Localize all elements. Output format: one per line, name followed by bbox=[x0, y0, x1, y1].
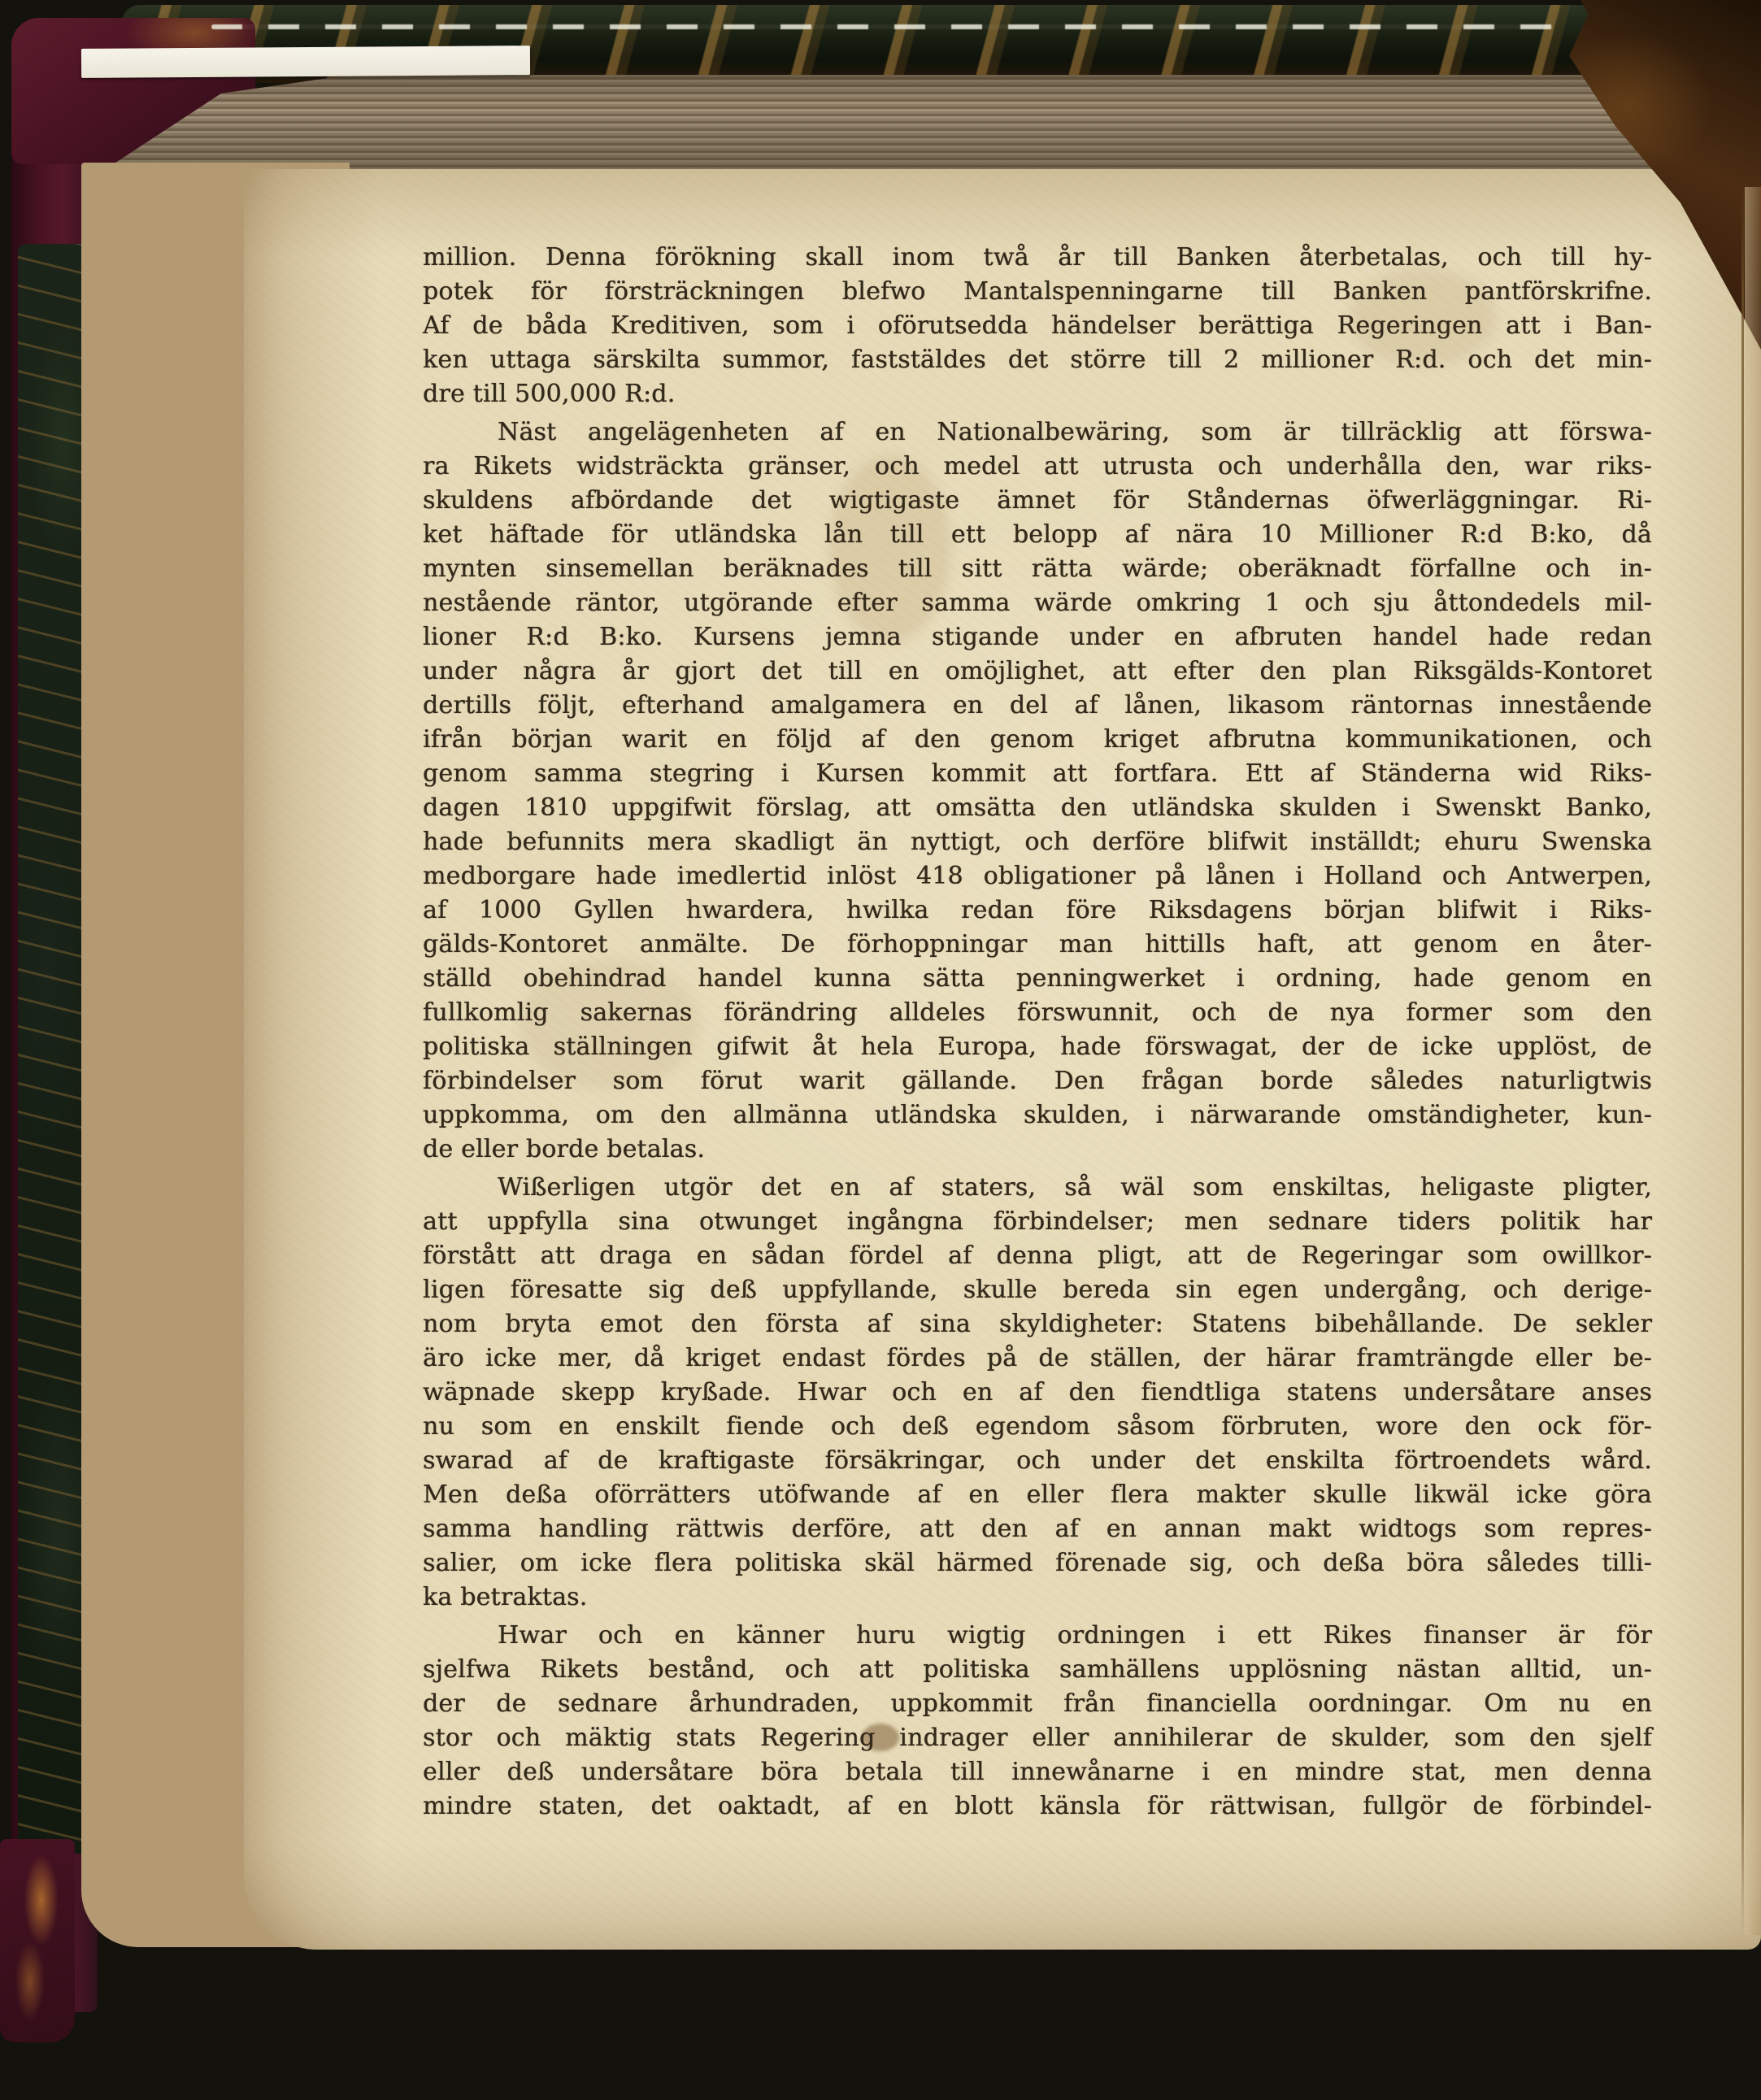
text-line: skuldens afbördande det wigtigaste ämnet… bbox=[423, 484, 1652, 518]
text-line: ken uttaga särskilta summor, faststäldes… bbox=[423, 343, 1652, 377]
text-line: förstått att draga en sådan fördel af de… bbox=[423, 1239, 1652, 1273]
text-line: Af de båda Kreditiven, som i oförutsedda… bbox=[423, 309, 1652, 343]
text-line: medborgare hade imedlertid inlöst 418 ob… bbox=[423, 859, 1652, 893]
text-line: salier, om icke flera politiska skäl här… bbox=[423, 1546, 1652, 1580]
text-line: stor och mäktig stats Regering indrager … bbox=[423, 1721, 1652, 1755]
text-line: dagen 1810 uppgifwit förslag, att omsätt… bbox=[423, 791, 1652, 825]
text-line: ställd obehindrad handel kunna sätta pen… bbox=[423, 962, 1652, 996]
gutter-edge-line bbox=[1741, 187, 1744, 1935]
text-line: ligen föresatte sig deß uppfyllande, sku… bbox=[423, 1273, 1652, 1307]
text-line: fullkomlig sakernas förändring alldeles … bbox=[423, 996, 1652, 1030]
text-line: Hwar och en känner huru wigtig ordningen… bbox=[423, 1619, 1652, 1653]
text-line: ka betraktas. bbox=[423, 1580, 1652, 1615]
paragraph: Näst angelägenheten af en Nationalbewäri… bbox=[423, 415, 1652, 1167]
text-line: ket häftade för utländska lån till ett b… bbox=[423, 518, 1652, 552]
text-line: swarad af de kraftigaste försäkringar, o… bbox=[423, 1444, 1652, 1478]
text-line: gälds-Kontoret anmälte. De förhoppningar… bbox=[423, 928, 1652, 962]
text-line: förbindelser som förut warit gällande. D… bbox=[423, 1064, 1652, 1098]
text-line: nu som en enskilt fiende och deß egendom… bbox=[423, 1410, 1652, 1444]
paragraph: Hwar och en känner huru wigtig ordningen… bbox=[423, 1619, 1652, 1824]
text-line: mynten sinsemellan beräknades till sitt … bbox=[423, 552, 1652, 586]
text-line: nestående räntor, utgörande efter samma … bbox=[423, 586, 1652, 620]
text-line: Men deßa oförrätters utöfwande af en ell… bbox=[423, 1478, 1652, 1512]
text-line: dre till 500,000 R:d. bbox=[423, 377, 1652, 411]
text-line: att uppfylla sina otwunget ingångna förb… bbox=[423, 1205, 1652, 1239]
text-line: million. Denna förökning skall inom twå … bbox=[423, 241, 1652, 275]
text-line: af 1000 Gyllen hwardera, hwilka redan fö… bbox=[423, 893, 1652, 928]
page-text-block: million. Denna förökning skall inom twå … bbox=[423, 241, 1652, 1828]
text-line: dertills följt, efterhand amalgamera en … bbox=[423, 689, 1652, 723]
text-line: samma handling rättwis derföre, att den … bbox=[423, 1512, 1652, 1546]
spine-corner-bottom bbox=[0, 1839, 75, 2042]
text-line: genom samma stegring i Kursen kommit att… bbox=[423, 757, 1652, 791]
text-line: uppkomma, om den allmänna utländska skul… bbox=[423, 1098, 1652, 1133]
paragraph: Wißerligen utgör det en af staters, så w… bbox=[423, 1171, 1652, 1615]
text-line: de eller borde betalas. bbox=[423, 1133, 1652, 1167]
text-line: hade befunnits mera skadligt än nyttigt,… bbox=[423, 825, 1652, 859]
text-line: ra Rikets widsträckta gränser, och medel… bbox=[423, 450, 1652, 484]
paper-slip-bookmark bbox=[81, 46, 530, 78]
text-line: Wißerligen utgör det en af staters, så w… bbox=[423, 1171, 1652, 1205]
cover-edge-highlight bbox=[211, 24, 1553, 29]
text-line: potek för försträckningen blefwo Mantals… bbox=[423, 275, 1652, 309]
text-line: politiska ställningen gifwit åt hela Eur… bbox=[423, 1030, 1652, 1064]
text-line: Näst angelägenheten af en Nationalbewäri… bbox=[423, 415, 1652, 450]
text-line: under några år gjort det till en omöjlig… bbox=[423, 654, 1652, 689]
paragraph: million. Denna förökning skall inom twå … bbox=[423, 241, 1652, 411]
gutter-page-sliver bbox=[1745, 187, 1761, 1935]
text-line: der de sednare århundraden, uppkommit fr… bbox=[423, 1687, 1652, 1721]
text-line: wäpnade skepp kryßade. Hwar och en af de… bbox=[423, 1376, 1652, 1410]
text-line: ifrån början warit en följd af den genom… bbox=[423, 723, 1652, 757]
text-line: mindre staten, det oaktadt, af en blott … bbox=[423, 1789, 1652, 1824]
text-line: lioner R:d B:ko. Kursens jemna stigande … bbox=[423, 620, 1652, 654]
text-line: eller deß undersåtare böra betala till i… bbox=[423, 1755, 1652, 1789]
text-line: äro icke mer, då kriget endast fördes på… bbox=[423, 1341, 1652, 1376]
text-line: nom bryta emot den första af sina skyldi… bbox=[423, 1307, 1652, 1341]
text-line: sjelfwa Rikets bestånd, och att politisk… bbox=[423, 1653, 1652, 1687]
